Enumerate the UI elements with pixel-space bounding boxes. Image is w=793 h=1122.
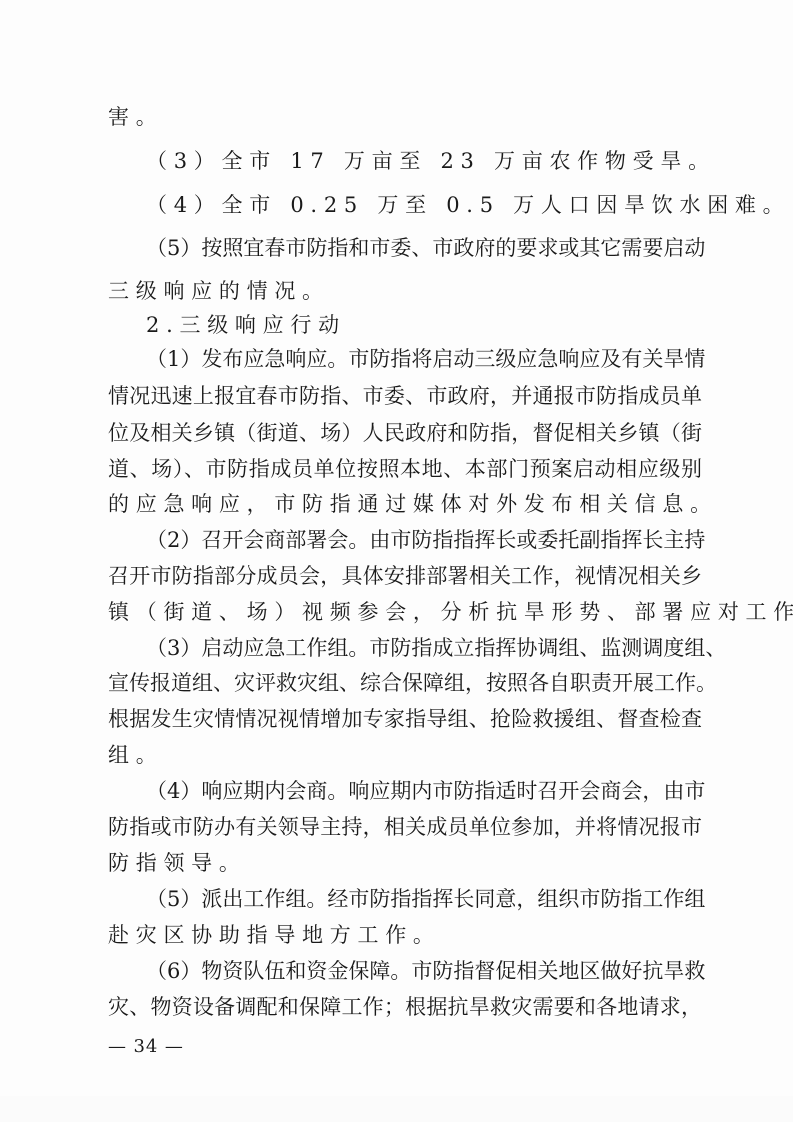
text-line: 害。 xyxy=(108,102,708,132)
text-line: （3）启动应急工作组。市防指成立指挥协调组、监测调度组、 xyxy=(146,633,702,663)
page-number: — 34 — xyxy=(108,1034,184,1060)
text-line: 三级响应的情况。 xyxy=(108,276,708,306)
text-line: 防指或市防办有关领导主持，相关成员单位参加，并将情况报市 xyxy=(108,812,702,842)
text-line: 道、场）、市防指成员单位按照本地、本部门预案启动相应级别 xyxy=(108,454,702,484)
text-line: 情况迅速上报宜春市防指、市委、市政府，并通报市防指成员单 xyxy=(108,381,702,411)
text-line: 组。 xyxy=(108,740,708,770)
text-line: 召开市防指部分成员会，具体安排部署相关工作，视情况相关乡 xyxy=(108,561,702,591)
text-line: （2）召开会商部署会。由市防指指挥长或委托副指挥长主持 xyxy=(146,525,702,555)
text-line: 赴灾区协助指导地方工作。 xyxy=(108,920,708,950)
text-line: 防指领导。 xyxy=(108,848,708,878)
text-line: 2.三级响应行动 xyxy=(146,310,746,340)
text-line: 位及相关乡镇（街道、场）人民政府和防指，督促相关乡镇（街 xyxy=(108,418,702,448)
text-line: 宣传报道组、灾评救灾组、综合保障组，按照各自职责开展工作。 xyxy=(108,668,702,698)
text-line: （1）发布应急响应。市防指将启动三级应急响应及有关旱情 xyxy=(146,344,702,374)
text-line: 的应急响应，市防指通过媒体对外发布相关信息。 xyxy=(108,489,708,519)
text-line: （6）物资队伍和资金保障。市防指督促相关地区做好抗旱救 xyxy=(146,956,702,986)
text-line: 根据发生灾情情况视情增加专家指导组、抢险救援组、督查检查 xyxy=(108,704,702,734)
text-line: （4）响应期内会商。响应期内市防指适时召开会商会，由市 xyxy=(146,776,702,806)
text-line: 镇（街道、场）视频参会，分析抗旱形势、部署应对工作。 xyxy=(108,597,708,627)
text-line: （4）全市 0.25 万至 0.5 万人口因旱饮水困难。 xyxy=(146,190,746,220)
text-line: 灾、物资设备调配和保障工作；根据抗旱救灾需要和各地请求， xyxy=(108,992,702,1022)
text-line: （5）派出工作组。经市防指指挥长同意，组织市防指工作组 xyxy=(146,884,702,914)
text-line: （5）按照宜春市防指和市委、市政府的要求或其它需要启动 xyxy=(146,233,702,263)
scan-edge xyxy=(0,1096,793,1122)
document-page: 害。（3）全市 17 万亩至 23 万亩农作物受旱。（4）全市 0.25 万至 … xyxy=(0,0,793,1122)
text-line: （3）全市 17 万亩至 23 万亩农作物受旱。 xyxy=(146,146,746,176)
